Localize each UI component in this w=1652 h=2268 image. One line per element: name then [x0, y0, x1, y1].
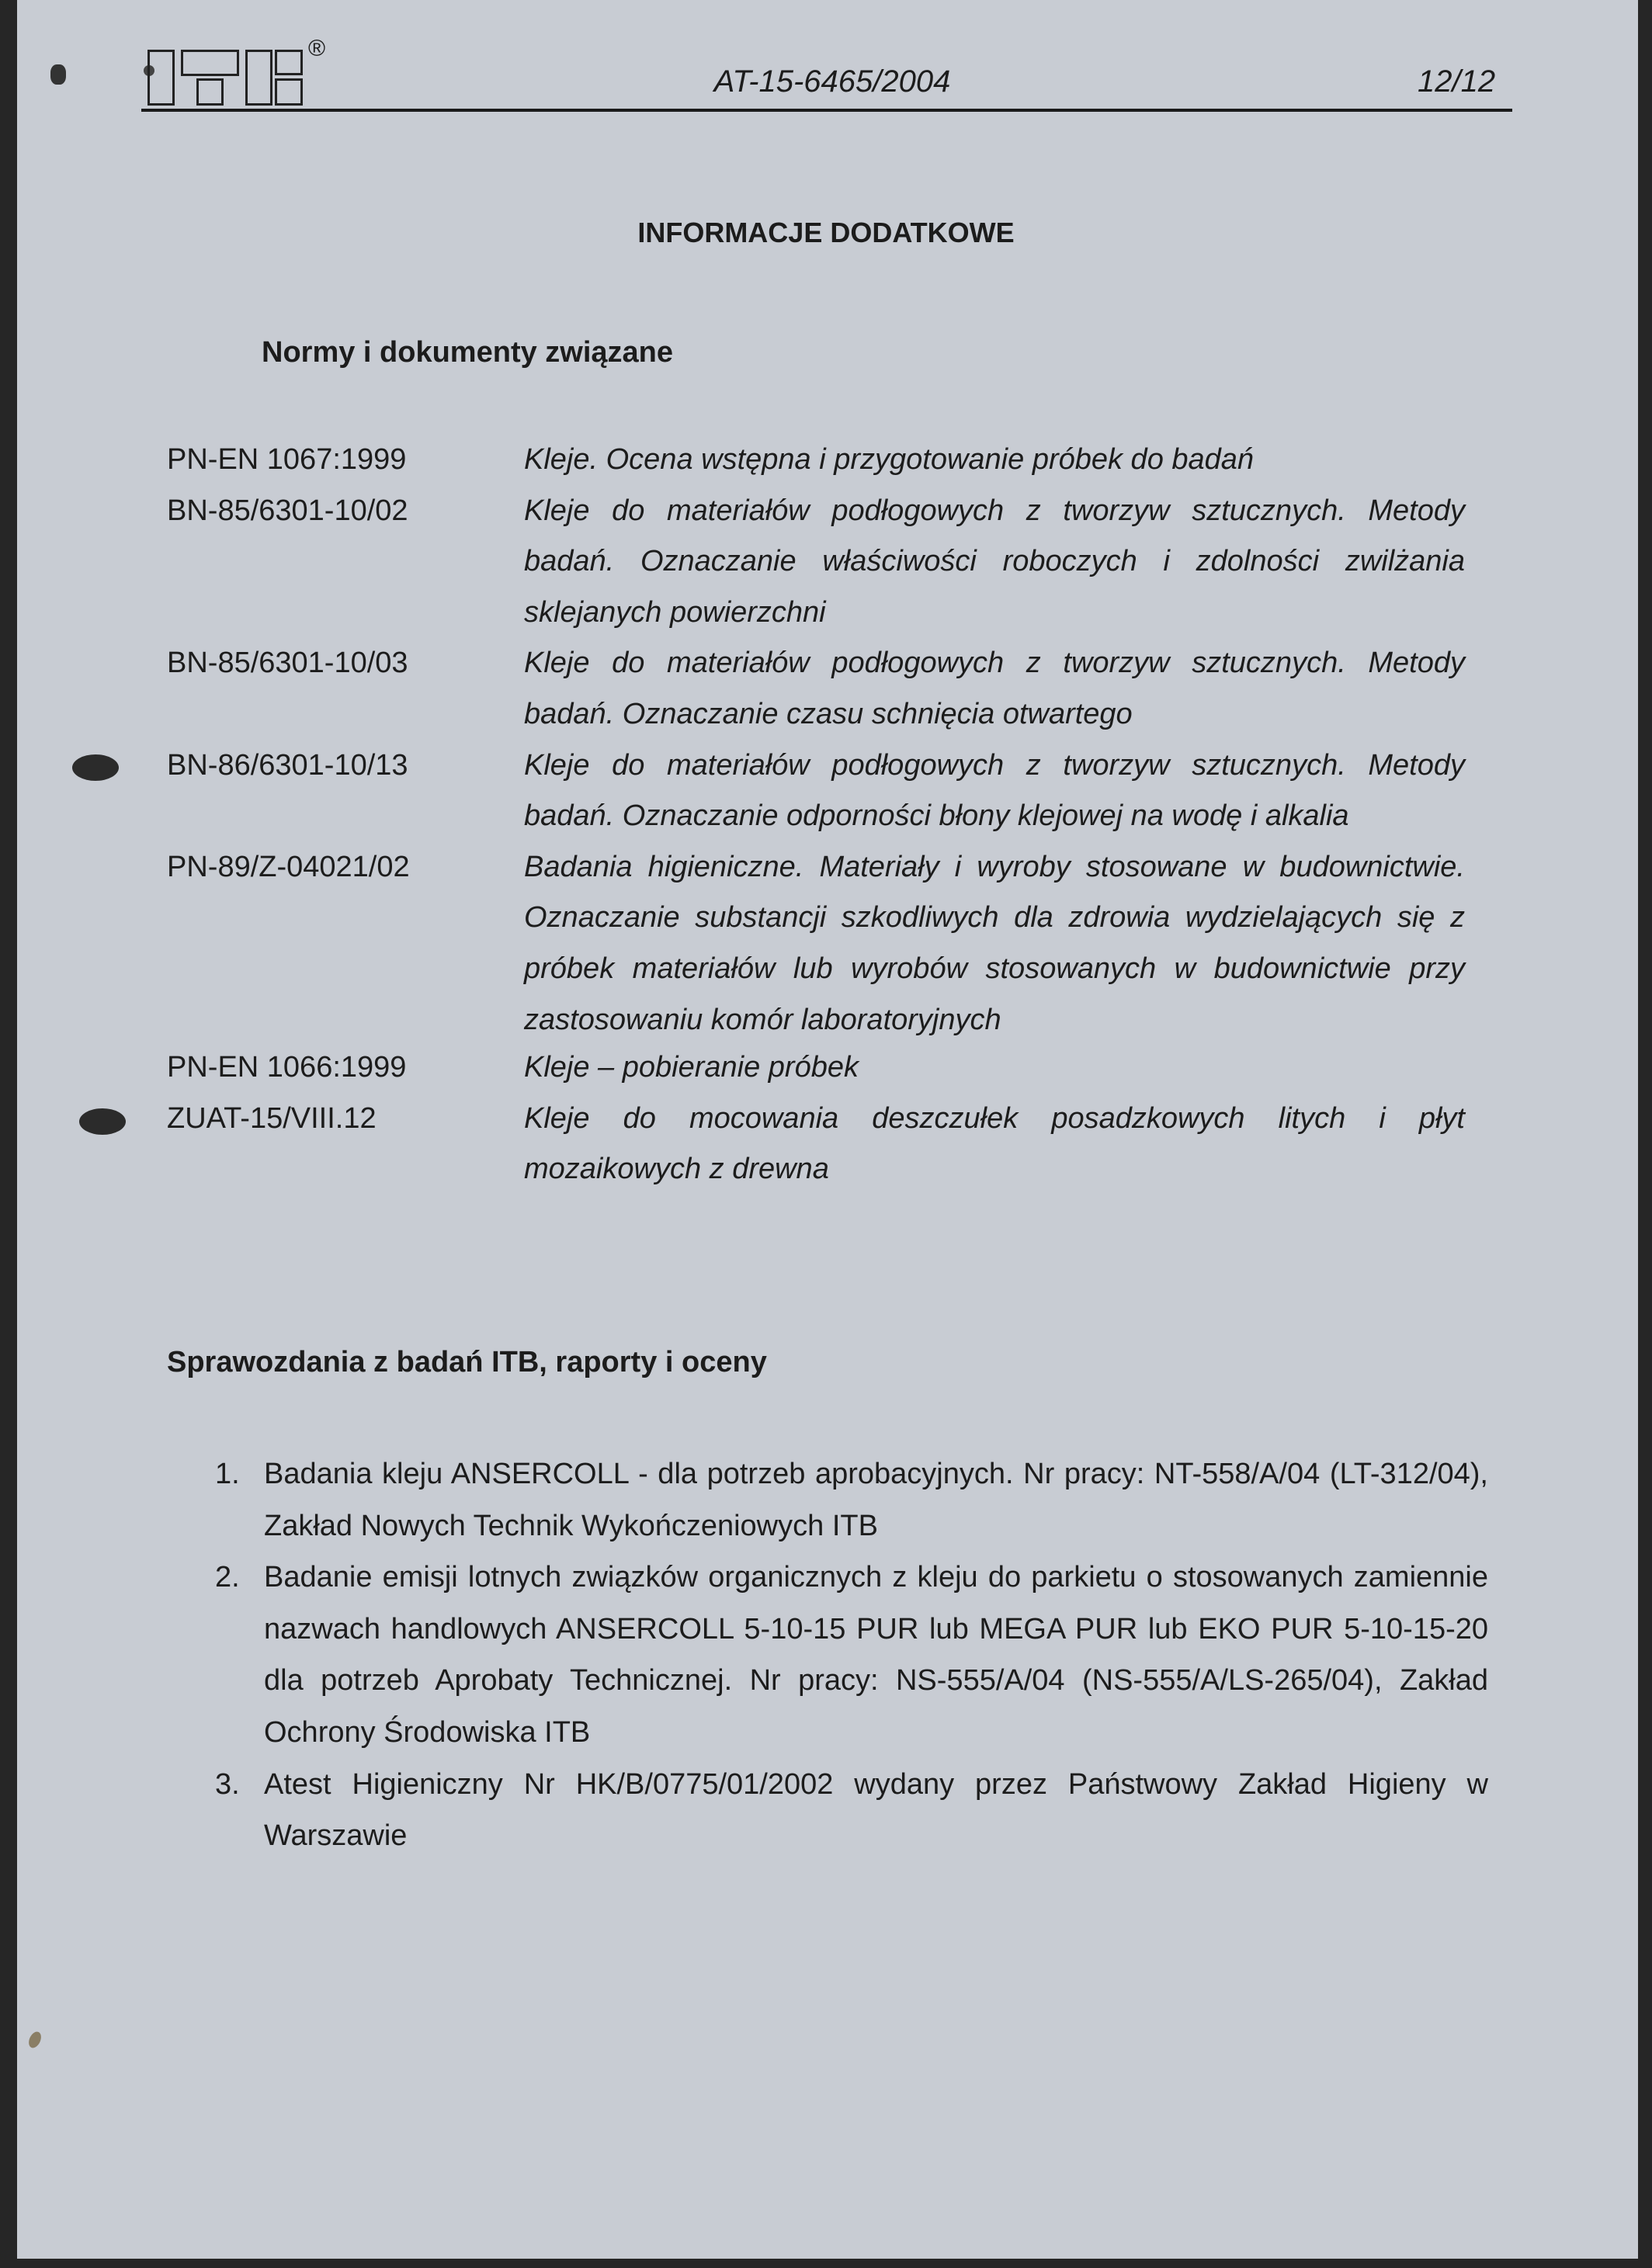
- report-number: 3.: [215, 1759, 264, 1862]
- norm-description-line: badań. Oznaczanie czasu schnięcia otwart…: [524, 689, 1465, 740]
- norm-code: PN-89/Z-04021/02: [167, 842, 524, 1046]
- norm-row: BN-85/6301-10/03Kleje do materiałów podł…: [167, 638, 1465, 740]
- report-text-line: Badanie emisji lotnych związków organicz…: [264, 1552, 1488, 1604]
- norm-description: Badania higieniczne. Materiały i wyroby …: [524, 842, 1465, 1046]
- report-item: 1.Badania kleju ANSERCOLL - dla potrzeb …: [215, 1448, 1488, 1552]
- report-number: 2.: [215, 1552, 264, 1758]
- norm-description-line: Kleje do materiałów podłogowych z tworzy…: [524, 740, 1465, 792]
- reports-list: 1.Badania kleju ANSERCOLL - dla potrzeb …: [215, 1448, 1488, 1862]
- report-text-line: nazwach handlowych ANSERCOLL 5-10-15 PUR…: [264, 1604, 1488, 1656]
- document-number: AT-15-6465/2004: [0, 65, 1652, 98]
- report-text-line: Zakład Nowych Technik Wykończeniowych IT…: [264, 1500, 1488, 1552]
- norm-description-line: Kleje do materiałów podłogowych z tworzy…: [524, 638, 1465, 689]
- norm-row: BN-85/6301-10/02Kleje do materiałów podł…: [167, 486, 1465, 639]
- reports-heading: Sprawozdania z badań ITB, raporty i ocen…: [167, 1345, 767, 1379]
- page-title: INFORMACJE DODATKOWE: [0, 217, 1652, 248]
- norm-code: BN-85/6301-10/02: [167, 486, 524, 639]
- report-item: 3.Atest Higieniczny Nr HK/B/0775/01/2002…: [215, 1759, 1488, 1862]
- report-text: Badanie emisji lotnych związków organicz…: [264, 1552, 1488, 1758]
- norm-description-line: Kleje – pobieranie próbek: [524, 1042, 1465, 1094]
- norm-row: BN-86/6301-10/13Kleje do materiałów podł…: [167, 740, 1465, 842]
- norm-description-line: badań. Oznaczanie odporności błony klejo…: [524, 791, 1465, 842]
- norms-heading: Normy i dokumenty związane: [262, 335, 673, 369]
- report-text-line: Warszawie: [264, 1810, 1488, 1862]
- page-number: 12/12: [1418, 65, 1495, 98]
- report-text-line: Ochrony Środowiska ITB: [264, 1707, 1488, 1759]
- norm-description-line: sklejanych powierzchni: [524, 588, 1465, 639]
- norm-code: PN-EN 1066:1999: [167, 1042, 524, 1094]
- norm-row: PN-89/Z-04021/02Badania higieniczne. Mat…: [167, 842, 1465, 1046]
- norm-description-line: Kleje. Ocena wstępna i przygotowanie pró…: [524, 435, 1465, 486]
- binder-hole: [72, 754, 119, 781]
- report-text-line: Badania kleju ANSERCOLL - dla potrzeb ap…: [264, 1448, 1488, 1500]
- binder-hole: [79, 1108, 126, 1135]
- norm-code: ZUAT-15/VIII.12: [167, 1094, 524, 1195]
- norm-description-line: badań. Oznaczanie właściwości roboczych …: [524, 536, 1465, 588]
- report-text-line: Atest Higieniczny Nr HK/B/0775/01/2002 w…: [264, 1759, 1488, 1811]
- norm-description-line: Badania higieniczne. Materiały i wyroby …: [524, 842, 1465, 893]
- report-text: Atest Higieniczny Nr HK/B/0775/01/2002 w…: [264, 1759, 1488, 1862]
- norms-list: PN-EN 1067:1999Kleje. Ocena wstępna i pr…: [167, 435, 1465, 1195]
- norm-description: Kleje – pobieranie próbek: [524, 1042, 1465, 1094]
- norm-description: Kleje do materiałów podłogowych z tworzy…: [524, 486, 1465, 639]
- norm-description-line: Kleje do mocowania deszczułek posadzkowy…: [524, 1094, 1465, 1145]
- norm-code: BN-85/6301-10/03: [167, 638, 524, 740]
- norm-description: Kleje do mocowania deszczułek posadzkowy…: [524, 1094, 1465, 1195]
- report-text: Badania kleju ANSERCOLL - dla potrzeb ap…: [264, 1448, 1488, 1552]
- norm-description-line: mozaikowych z drewna: [524, 1144, 1465, 1195]
- norm-row: PN-EN 1066:1999Kleje – pobieranie próbek: [167, 1042, 1465, 1094]
- norm-description-line: Oznaczanie substancji szkodliwych dla zd…: [524, 893, 1465, 944]
- report-number: 1.: [215, 1448, 264, 1552]
- report-text-line: dla potrzeb Aprobaty Technicznej. Nr pra…: [264, 1655, 1488, 1707]
- norm-description-line: próbek materiałów lub wyrobów stosowanyc…: [524, 944, 1465, 995]
- norm-row: ZUAT-15/VIII.12Kleje do mocowania deszcz…: [167, 1094, 1465, 1195]
- norm-description-line: zastosowaniu komór laboratoryjnych: [524, 995, 1465, 1046]
- norm-row: PN-EN 1067:1999Kleje. Ocena wstępna i pr…: [167, 435, 1465, 486]
- report-item: 2.Badanie emisji lotnych związków organi…: [215, 1552, 1488, 1758]
- norm-code: BN-86/6301-10/13: [167, 740, 524, 842]
- norm-description: Kleje do materiałów podłogowych z tworzy…: [524, 638, 1465, 740]
- norm-description: Kleje do materiałów podłogowych z tworzy…: [524, 740, 1465, 842]
- registered-mark: ®: [308, 37, 325, 61]
- header-rule: [141, 109, 1512, 112]
- norm-description: Kleje. Ocena wstępna i przygotowanie pró…: [524, 435, 1465, 486]
- norm-code: PN-EN 1067:1999: [167, 435, 524, 486]
- norm-description-line: Kleje do materiałów podłogowych z tworzy…: [524, 486, 1465, 537]
